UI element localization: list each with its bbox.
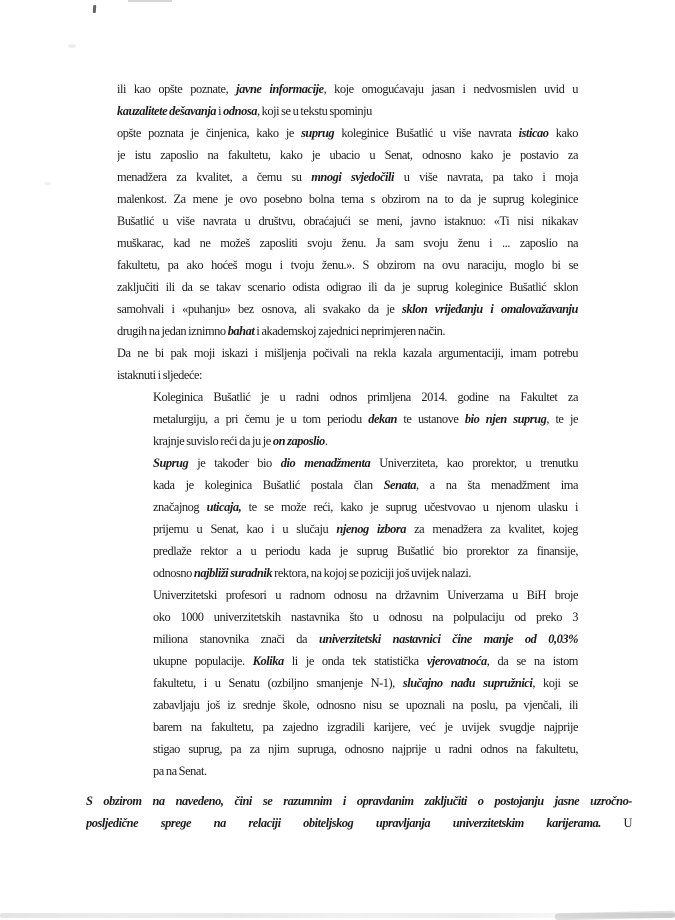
emphasis-text: sklon vrijeđanju i omalovažavanju [402, 302, 578, 316]
emphasis-text: Kolika [253, 654, 284, 668]
body-text: istaknuti i sljedeće: [117, 368, 202, 382]
text-line: značajnog uticaja, te se može reći, kako… [153, 496, 578, 518]
body-text: krajnje suvislo reći da ju je [153, 434, 273, 448]
body-text: Bušatlić u više navrata u društvu, obrać… [117, 214, 578, 228]
text-line: predlaže rektor a u periodu kada je supr… [153, 540, 578, 562]
body-text: ili kao opšte poznate, [117, 82, 236, 96]
text-line: kauzalitete dešavanja i odnosa, koji se … [117, 100, 578, 122]
text-line: menadžera za kvalitet, a čemu su mnogi s… [117, 166, 578, 188]
emphasis-text: on zaposlio [273, 434, 325, 448]
body-text: odnosno [153, 566, 194, 580]
text-line: krajnje suvislo reći da ju je on zaposli… [153, 430, 578, 452]
body-text: miliona stanovnika znači da [153, 632, 319, 646]
body-text: fakultetu, pa ako hoćeš mogu i tvoju žen… [117, 258, 578, 272]
emphasis-text: uticaja, [207, 500, 242, 514]
body-text: je istu zaposlio na fakultetu, kako je u… [117, 148, 578, 162]
body-text: pa na Senat. [153, 764, 207, 778]
body-text: li je onda tek statistička [284, 654, 427, 668]
text-line: ili kao opšte poznate, javne informacije… [117, 78, 578, 100]
text-line: •Da ne bi pak moji iskazi i mišljenja po… [117, 342, 578, 364]
emphasis-text: Suprug [153, 456, 188, 470]
body-text: zabavljaju još iz srednje škole, odnosno… [153, 698, 578, 712]
text-line: fakultetu, i u Senatu (ozbiljno smanjenj… [153, 672, 578, 694]
text-line: drugih na jedan iznimno bahat i akademsk… [117, 320, 578, 342]
text-line: je istu zaposlio na fakultetu, kako je u… [117, 144, 578, 166]
body-text: metalurgiju, a pri čemu je u tom periodu [153, 412, 368, 426]
body-text: . [325, 434, 328, 448]
body-text: značajnog [153, 500, 207, 514]
body-text: , koje omogućavaju jasan i nedvosmislen … [324, 82, 578, 96]
body-text: Da ne bi pak moji iskazi i mišljenja poč… [117, 346, 578, 360]
emphasis-text: bahat [228, 324, 255, 338]
text-line: metalurgiju, a pri čemu je u tom periodu… [153, 408, 578, 430]
emphasis-text: S obzirom na navedeno, čini se razumnim … [86, 794, 632, 808]
emphasis-text: slučajno nađu supružnici [403, 676, 532, 690]
emphasis-text: najbliži suradnik [194, 566, 272, 580]
body-text: , koji se [532, 676, 578, 690]
text-line: kada je koleginica Bušatlić postala član… [153, 474, 578, 496]
text-line: miliona stanovnika znači da univerzitets… [153, 628, 578, 650]
emphasis-text: dio menadžmenta [281, 456, 370, 470]
body-text: , da se na istom [487, 654, 578, 668]
body-text: muškarac, kad ne možeš zaposliti svoju ž… [117, 236, 578, 250]
text-line: fakultetu, pa ako hoćeš mogu i tvoju žen… [117, 254, 578, 276]
emphasis-text: isticao [519, 126, 549, 140]
text-line: •opšte poznata je činjenica, kako je sup… [117, 122, 578, 144]
emphasis-text: mnogi svjedočili [311, 170, 394, 184]
body-text: malenkost. Za mene je ovo posebno bolna … [117, 192, 578, 206]
emphasis-text: odnosa [223, 104, 257, 118]
body-text: stigao suprug, pa za njim supruga, odnos… [153, 742, 578, 756]
scan-speck-artifact [93, 5, 97, 13]
body-text: U [601, 816, 632, 830]
body-text: te ustanove [397, 412, 465, 426]
body-text: koleginice Bušatlić u više navrata [334, 126, 518, 140]
body-text: te se može reći, kako je suprug učestvov… [241, 500, 578, 514]
body-text: prijemu u Senat, kao i u slučaju [153, 522, 336, 536]
body-text: rektora, na kojoj se poziciji još uvijek… [272, 566, 471, 580]
emphasis-text: kauzalitete dešavanja [117, 104, 216, 118]
body-text: i akademskoj zajednici neprimjeren način… [254, 324, 445, 338]
body-text: Koleginica Bušatlić je u radni odnos pri… [153, 390, 578, 404]
text-line: ukupne populacije. Kolika li je onda tek… [153, 650, 578, 672]
emphasis-text: vjerovatnoća [427, 654, 487, 668]
text-line: samohvali i «puhanju» bez osnova, ali sv… [117, 298, 578, 320]
body-text: je također bio [188, 456, 281, 470]
emphasis-text: bio njen suprug [465, 412, 546, 426]
text-line: zabavljaju još iz srednje škole, odnosno… [153, 694, 578, 716]
emphasis-text: suprug [301, 126, 334, 140]
text-line: oSuprug je također bio dio menadžmenta U… [153, 452, 578, 474]
body-text: zaključiti ili da se takav scenario odis… [117, 280, 578, 294]
text-line: oKoleginica Bušatlić je u radni odnos pr… [153, 386, 578, 408]
emphasis-text: univerzitetski nastavnici čine manje od … [319, 632, 578, 646]
emphasis-text: dekan [368, 412, 397, 426]
text-line: oko 1000 univerzitetskih nastavnika što … [153, 606, 578, 628]
closing-paragraph-line: posljedične sprege na relaciji obiteljsk… [86, 812, 632, 834]
text-line: stigao suprug, pa za njim supruga, odnos… [153, 738, 578, 760]
body-text: samohvali i «puhanju» bez osnova, ali sv… [117, 302, 402, 316]
text-line: pa na Senat. [153, 760, 578, 782]
text-line: malenkost. Za mene je ovo posebno bolna … [117, 188, 578, 210]
emphasis-text: njenog izbora [336, 522, 406, 536]
body-text: za menadžera za kvalitet, kojeg [406, 522, 578, 536]
body-text: Univerzitetski profesori u radnom odnosu… [153, 588, 578, 602]
text-line: muškarac, kad ne možeš zaposliti svoju ž… [117, 232, 578, 254]
text-line: zaključiti ili da se takav scenario odis… [117, 276, 578, 298]
scan-corner-shadow [555, 911, 675, 920]
text-line: odnosno najbliži suradnik rektora, na ko… [153, 562, 578, 584]
text-line: Bušatlić u više navrata u društvu, obrać… [117, 210, 578, 232]
body-text: kako [549, 126, 578, 140]
text-line: istaknuti i sljedeće: [117, 364, 578, 386]
body-text: u više navrata, pa tako i moja [394, 170, 578, 184]
body-text: oko 1000 univerzitetskih nastavnika što … [153, 610, 578, 624]
body-text: fakultetu, i u Senatu (ozbiljno smanjenj… [153, 676, 403, 690]
emphasis-text: posljedične sprege na relaciji obiteljsk… [86, 816, 601, 830]
document-content: ili kao opšte poznate, javne informacije… [0, 78, 675, 834]
body-text: predlaže rektor a u periodu kada je supr… [153, 544, 578, 558]
body-text: drugih na jedan iznimno [117, 324, 228, 338]
scan-edge-artifact [128, 0, 172, 2]
emphasis-text: javne informacije [236, 82, 323, 96]
body-text: kada je koleginica Bušatlić postala član [153, 478, 384, 492]
body-text: , a na šta menadžment ima [416, 478, 578, 492]
body-text: , te je [546, 412, 578, 426]
emphasis-text: Senata [384, 478, 416, 492]
body-text: opšte poznata je činjenica, kako je [117, 126, 301, 140]
scanned-document-page: ili kao opšte poznate, javne informacije… [0, 0, 675, 920]
body-text: barem na fakultetu, pa zajedno izgradili… [153, 720, 578, 734]
body-text: , koji se u tekstu spominju [257, 104, 372, 118]
closing-paragraph-line: S obzirom na navedeno, čini se razumnim … [86, 790, 632, 812]
body-text: Univerziteta, kao prorektor, u trenutku [370, 456, 578, 470]
text-line: prijemu u Senat, kao i u slučaju njenog … [153, 518, 578, 540]
text-line: barem na fakultetu, pa zajedno izgradili… [153, 716, 578, 738]
body-text: ukupne populacije. [153, 654, 253, 668]
body-text: menadžera za kvalitet, a čemu su [117, 170, 311, 184]
text-line: oUniverzitetski profesori u radnom odnos… [153, 584, 578, 606]
scan-faint-mark [68, 44, 76, 48]
